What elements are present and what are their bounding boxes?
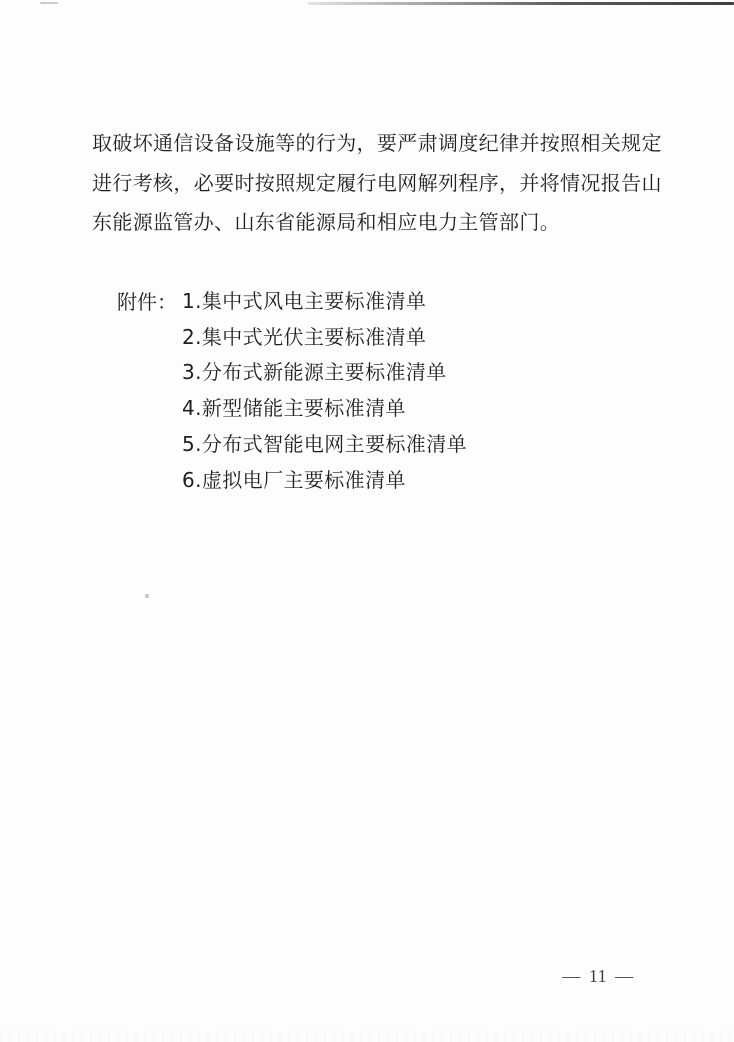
attachment-item-6: 6.虚拟电厂主要标准清单 xyxy=(182,463,467,499)
scan-artifact-top-left xyxy=(40,2,58,4)
scanned-document-page: 取破坏通信设备设施等的行为，要严肃调度纪律并按照相关规定 进行考核，必要时按照规… xyxy=(0,0,734,1042)
attachments-list: 1.集中式风电主要标准清单 2.集中式光伏主要标准清单 3.分布式新能源主要标准… xyxy=(182,284,467,498)
body-paragraph: 取破坏通信设备设施等的行为，要严肃调度纪律并按照相关规定 进行考核，必要时按照规… xyxy=(92,124,648,243)
scan-speck xyxy=(145,594,149,598)
scan-artifact-bottom-edge xyxy=(0,1030,734,1042)
paragraph-line-2: 进行考核，必要时按照规定履行电网解列程序，并将情况报告山 xyxy=(92,164,648,204)
attachment-item-1: 1.集中式风电主要标准清单 xyxy=(182,284,467,320)
paragraph-line-1: 取破坏通信设备设施等的行为，要严肃调度纪律并按照相关规定 xyxy=(92,124,648,164)
attachment-item-2: 2.集中式光伏主要标准清单 xyxy=(182,320,467,356)
attachments-block: 附件： 1.集中式风电主要标准清单 2.集中式光伏主要标准清单 3.分布式新能源… xyxy=(117,284,467,498)
attachments-label: 附件： xyxy=(117,284,177,320)
scan-artifact-top-edge xyxy=(308,2,734,5)
attachment-item-5: 5.分布式智能电网主要标准清单 xyxy=(182,427,467,463)
attachment-item-3: 3.分布式新能源主要标准清单 xyxy=(182,355,467,391)
page-number: — 11 — xyxy=(555,966,641,987)
attachment-item-4: 4.新型储能主要标准清单 xyxy=(182,391,467,427)
paragraph-line-3: 东能源监管办、山东省能源局和相应电力主管部门。 xyxy=(92,203,648,243)
